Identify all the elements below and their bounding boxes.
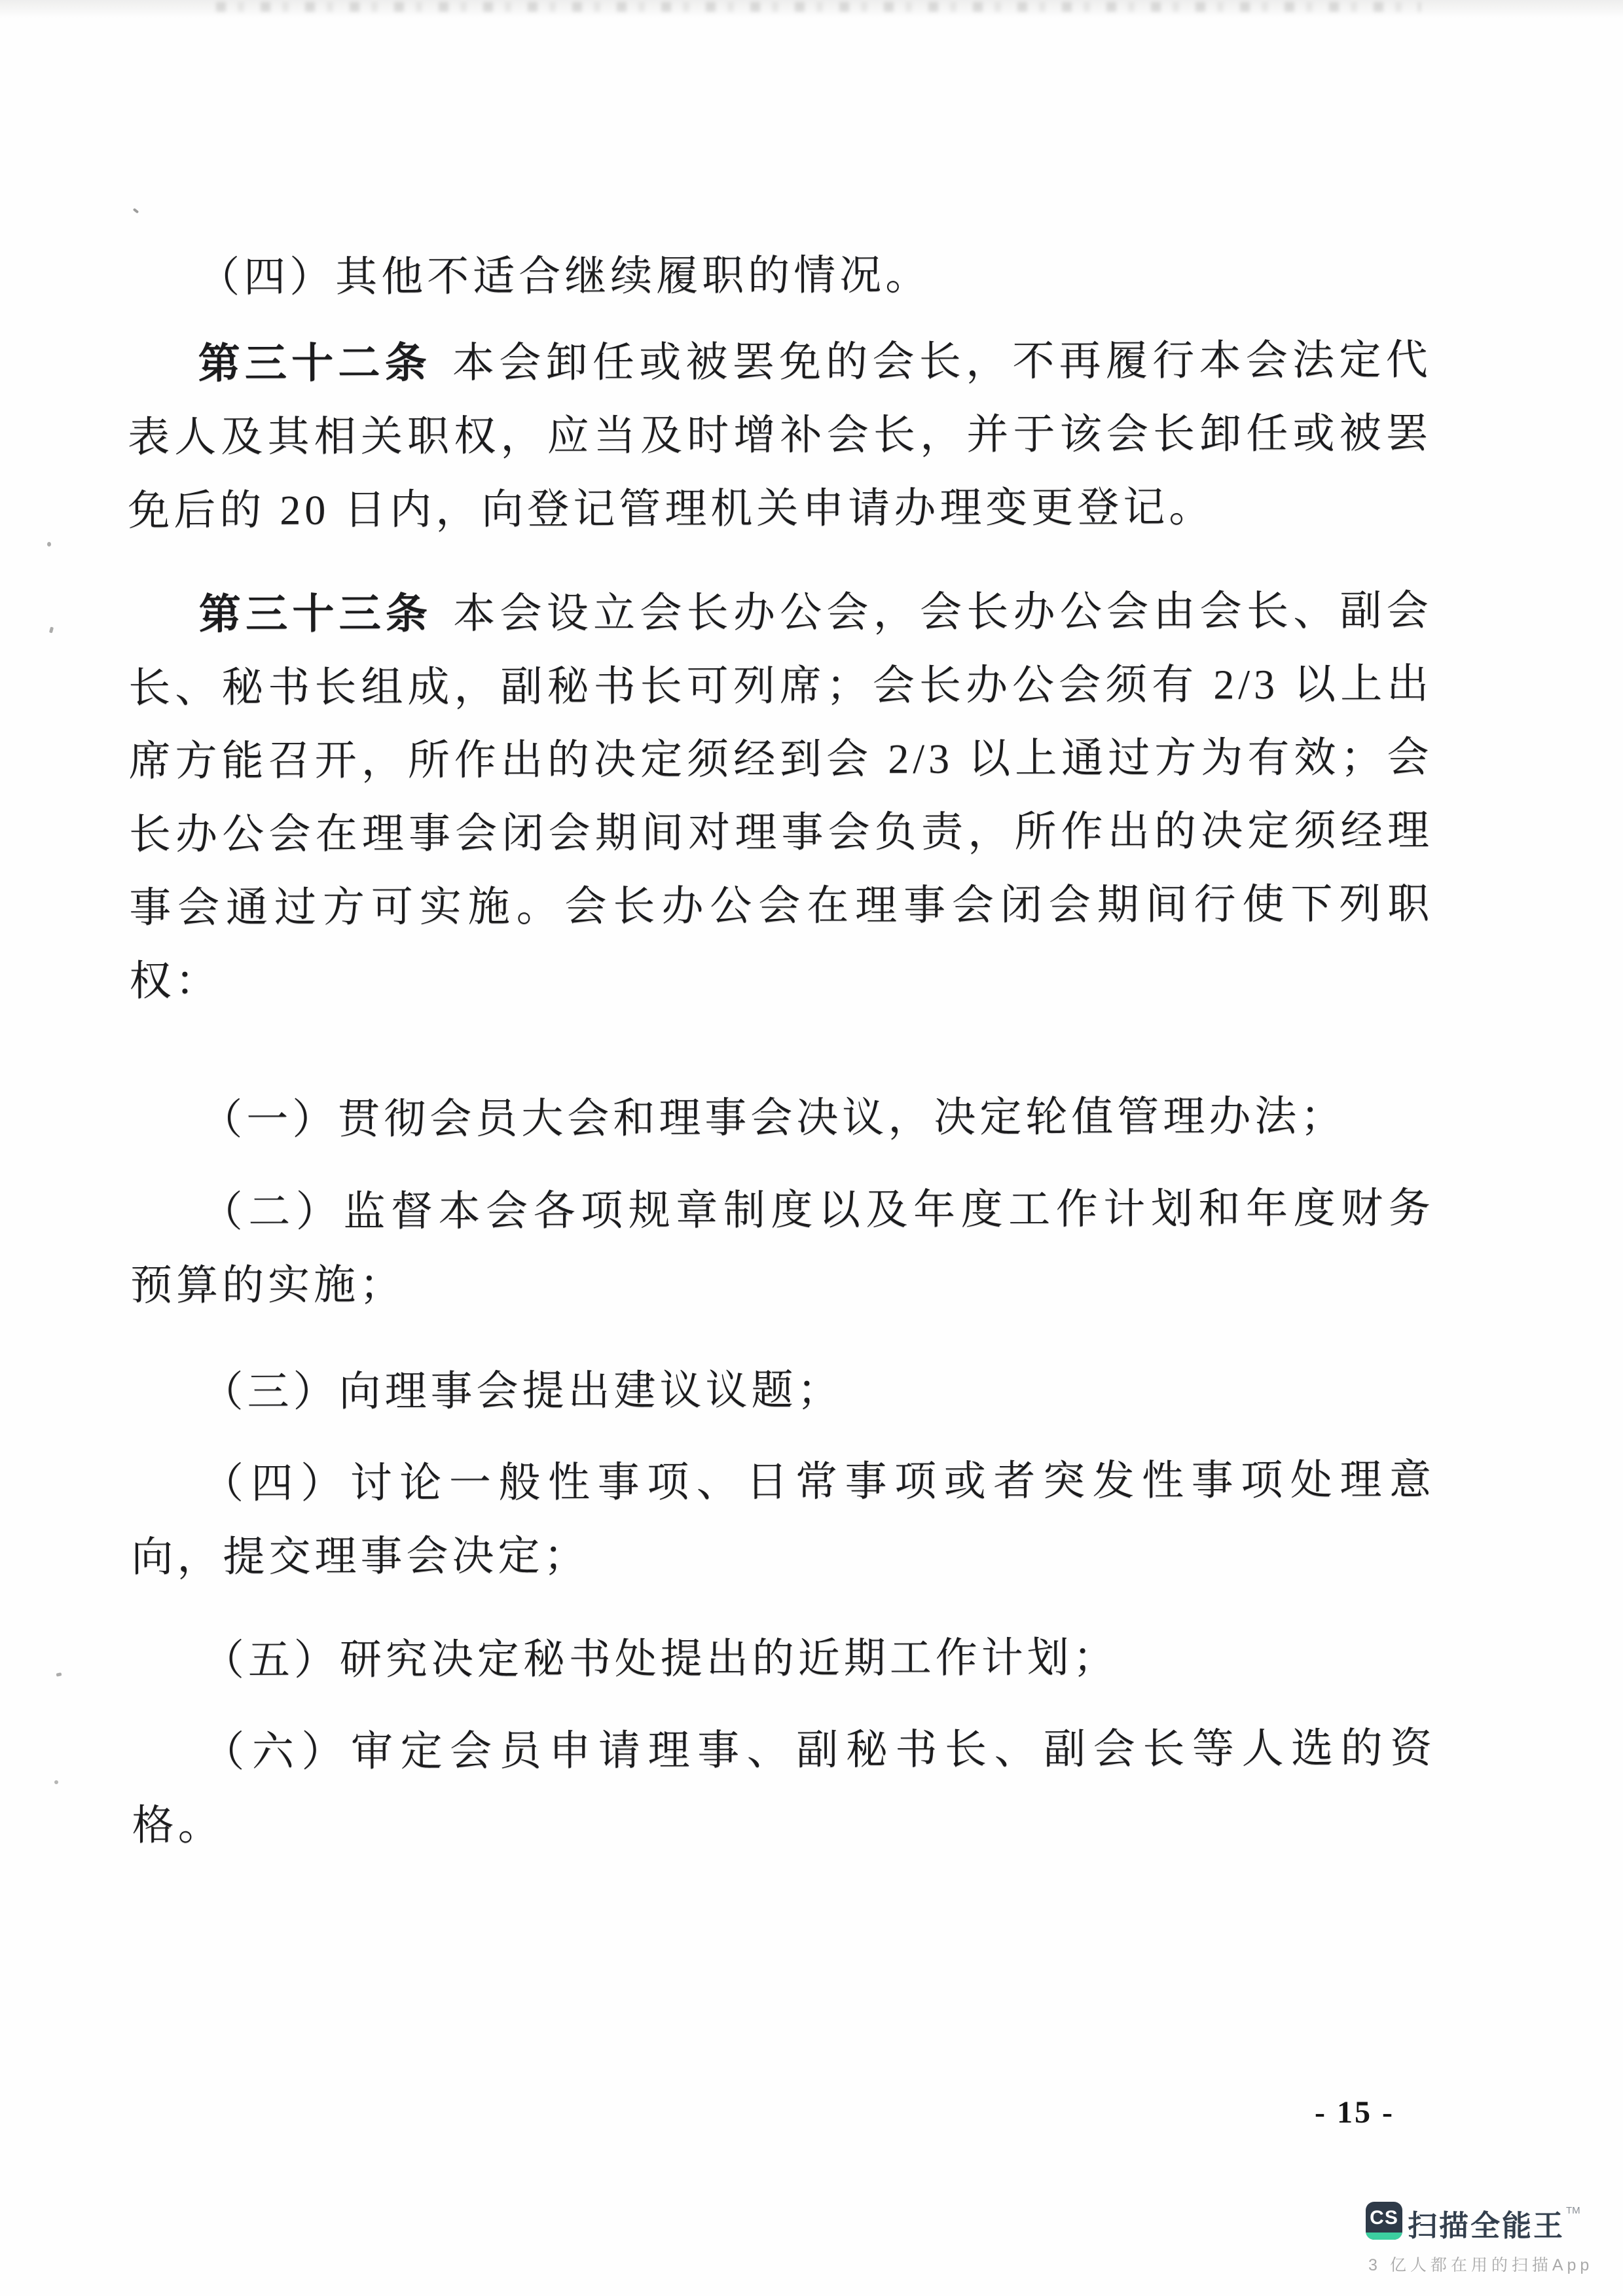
page-number: - 15 - xyxy=(1315,2094,1395,2130)
list-item: （四）讨论一般性事项、日常事项或者突发性事项处理意向，提交理事会决定； xyxy=(131,1443,1436,1594)
list-item: （四）其他不适合继续履职的情况。 xyxy=(127,237,1431,314)
paragraph-text: （四）讨论一般性事项、日常事项或者突发性事项处理意向，提交理事会决定； xyxy=(131,1456,1435,1580)
clause-paragraph: 第三十三条本会设立会长办公会，会长办公会由会长、副会长、秘书长组成，副秘书长可列… xyxy=(128,573,1434,1018)
list-item: （二）监督本会各项规章制度以及年度工作计划和年度财务预算的实施； xyxy=(130,1172,1435,1322)
list-item: （一）贯彻会员大会和理事会决议，决定轮值管理办法； xyxy=(130,1079,1434,1157)
list-item: （六）审定会员申请理事、副秘书长、副会长等人选的资格。 xyxy=(132,1712,1436,1862)
scan-speck xyxy=(56,1672,62,1677)
scanner-watermark: CS 扫描全能王TM 3 亿人都在用的扫描App xyxy=(1366,2202,1562,2280)
paragraph-text: （四）其他不适合继续履职的情况。 xyxy=(198,252,931,301)
watermark-app-name-row: 扫描全能王TM xyxy=(1408,2202,1580,2244)
scan-speck xyxy=(54,1780,58,1784)
list-item: （五）研究决定秘书处提出的近期工作计划； xyxy=(132,1620,1436,1697)
trademark-symbol: TM xyxy=(1566,2205,1580,2216)
watermark-tagline: 3 亿人都在用的扫描App xyxy=(1368,2252,1593,2276)
paragraph-text: （一）贯彻会员大会和理事会决议，决定轮值管理办法； xyxy=(200,1093,1346,1143)
scan-speck xyxy=(47,542,51,547)
scan-artifact-ghost-text xyxy=(216,2,1421,12)
canscanner-logo-icon: CS xyxy=(1366,2202,1402,2240)
paragraph-text: （二）监督本会各项规章制度以及年度工作计划和年度财务预算的实施； xyxy=(130,1185,1434,1308)
paragraph-text: （六）审定会员申请理事、副秘书长、副会长等人选的资格。 xyxy=(132,1725,1436,1848)
clause-number: 第三十三条 xyxy=(199,590,433,637)
document-body: （四）其他不适合继续履职的情况。 第三十二条本会卸任或被罢免的会长，不再履行本会… xyxy=(127,237,1436,1862)
list-item: （三）向理事会提出建议议题； xyxy=(130,1352,1434,1429)
watermark-app-name: 扫描全能王 xyxy=(1408,2209,1565,2242)
paragraph-text: （三）向理事会提出建议议题； xyxy=(201,1367,843,1415)
scan-speck xyxy=(49,627,54,634)
logo-accent-bar xyxy=(1366,2233,1402,2240)
paragraph-text: （五）研究决定秘书处提出的近期工作计划； xyxy=(202,1634,1119,1683)
scanned-page: （四）其他不适合继续履职的情况。 第三十二条本会卸任或被罢免的会长，不再履行本会… xyxy=(0,0,1623,2296)
paragraph-text: 本会设立会长办公会，会长办公会由会长、副会长、秘书长组成，副秘书长可列席；会长办… xyxy=(128,587,1433,1004)
clause-paragraph: 第三十二条本会卸任或被罢免的会长，不再履行本会法定代表人及其相关职权，应当及时增… xyxy=(127,323,1432,547)
clause-number: 第三十二条 xyxy=(198,339,432,387)
logo-letters: CS xyxy=(1366,2203,1402,2233)
scan-speck xyxy=(133,208,139,214)
